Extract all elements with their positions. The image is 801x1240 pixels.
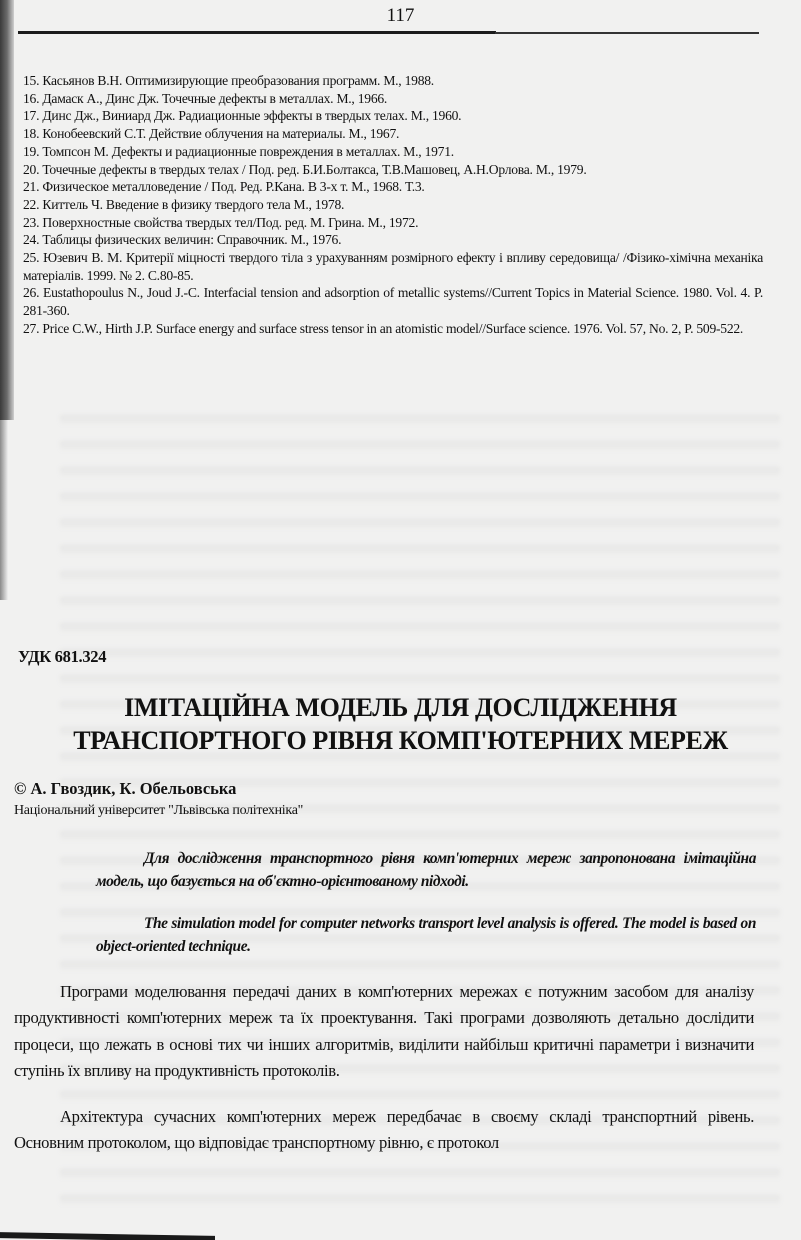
reference-item: 25. Юзевич В. М. Критерії міцності тверд…: [23, 249, 763, 284]
header-rule: [18, 31, 496, 34]
page-number: 117: [0, 5, 801, 27]
reference-item: 23. Поверхностные свойства твердых тел/П…: [23, 214, 763, 232]
reference-item: 20. Точечные дефекты в твердых телах / П…: [23, 161, 763, 179]
abstract-english-text: The simulation model for computer networ…: [96, 915, 756, 955]
reference-item: 22. Киттель Ч. Введение в физику твердог…: [23, 196, 763, 214]
body-paragraph-text: Архітектура сучасних комп'ютерних мереж …: [14, 1107, 754, 1152]
body-paragraph-text: Програми моделювання передачі даних в ко…: [14, 982, 754, 1080]
reference-item: 18. Конобеевский С.Т. Действие облучения…: [23, 125, 763, 143]
header-rule-right: [495, 32, 759, 34]
reference-item: 19. Томпсон М. Дефекты и радиационные по…: [23, 143, 763, 161]
body-paragraph: Програми моделювання передачі даних в ко…: [14, 979, 754, 1085]
article-title: ІМІТАЦІЙНА МОДЕЛЬ ДЛЯ ДОСЛІДЖЕННЯ ТРАНСП…: [0, 691, 801, 757]
reference-item: 17. Динс Дж., Виниард Дж. Радиационные э…: [23, 107, 763, 125]
reference-item: 24. Таблицы физических величин: Справочн…: [23, 231, 763, 249]
udk-code: УДК 681.324: [18, 647, 106, 667]
article-authors: © А. Гвоздик, К. Обельовська: [14, 779, 236, 799]
author-affiliation: Національний університет "Львівська полі…: [14, 803, 303, 819]
book-binding-shadow-lower: [0, 420, 8, 600]
reference-list: 15. Касьянов В.Н. Оптимизирующие преобра…: [23, 72, 763, 338]
article-title-line: ТРАНСПОРТНОГО РІВНЯ КОМП'ЮТЕРНИХ МЕРЕЖ: [0, 724, 801, 757]
reference-item: 26. Eustathopoulus N., Joud J.-C. Interf…: [23, 284, 763, 319]
reference-item: 27. Price C.W., Hirth J.P. Surface energ…: [23, 320, 763, 338]
abstract-english: The simulation model for computer networ…: [96, 912, 756, 958]
abstract-ukrainian-text: Для дослідження транспортного рівня комп…: [96, 850, 756, 890]
reference-item: 15. Касьянов В.Н. Оптимизирующие преобра…: [23, 72, 763, 90]
book-binding-shadow: [0, 0, 14, 420]
abstract-ukrainian: Для дослідження транспортного рівня комп…: [96, 847, 756, 893]
article-title-line: ІМІТАЦІЙНА МОДЕЛЬ ДЛЯ ДОСЛІДЖЕННЯ: [0, 691, 801, 724]
body-paragraph: Архітектура сучасних комп'ютерних мереж …: [14, 1104, 754, 1157]
page-bottom-edge: [0, 1232, 215, 1240]
reference-item: 21. Физическое металловедение / Под. Ред…: [23, 178, 763, 196]
reference-item: 16. Дамаск А., Динс Дж. Точечные дефекты…: [23, 90, 763, 108]
